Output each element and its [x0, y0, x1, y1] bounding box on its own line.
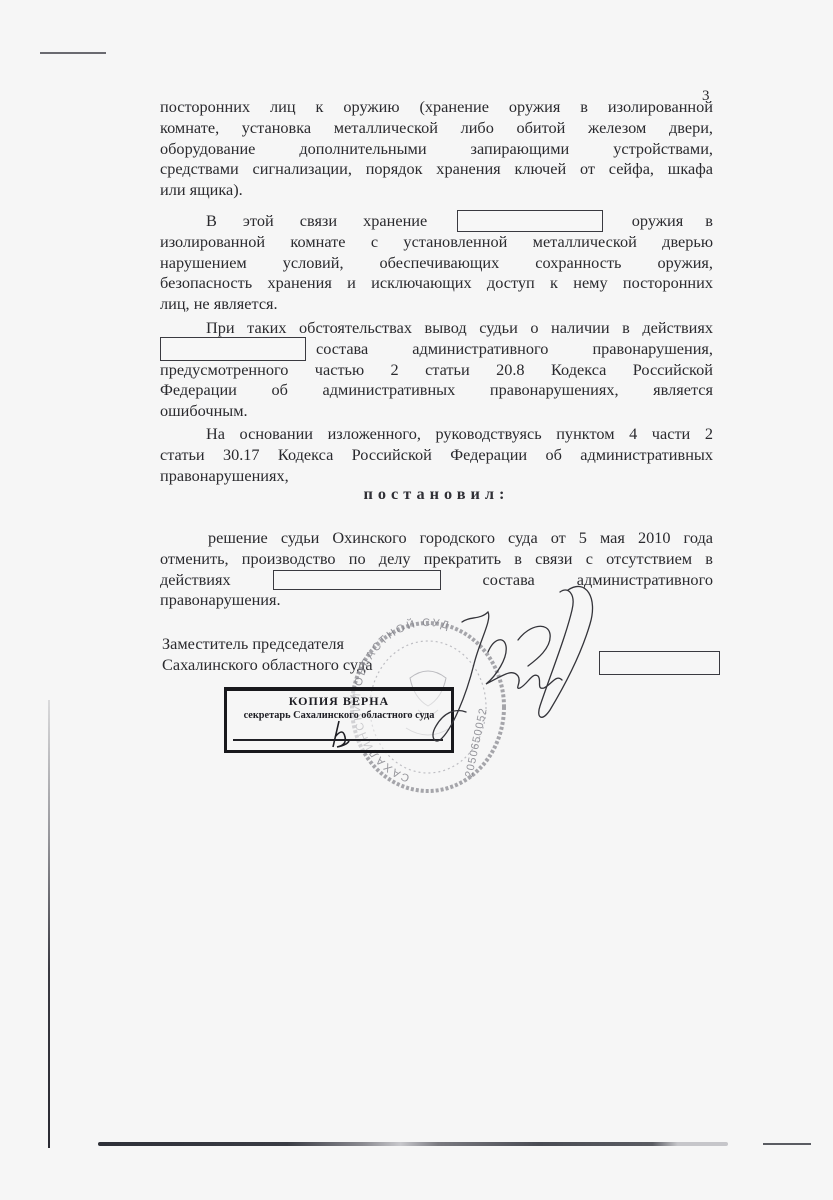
secretary-initials-icon — [327, 717, 353, 751]
text-line: оборудование дополнительными запирающими… — [160, 139, 713, 160]
text-line: отменить, производство по делу прекратит… — [160, 549, 713, 570]
text-line: При таких обстоятельствах вывод судьи о … — [160, 318, 713, 339]
text-line: ошибочным. — [160, 401, 713, 422]
text-line: В этой связи хранение оружия в — [160, 211, 713, 232]
text-line: предусмотренного частью 2 статьи 20.8 Ко… — [160, 360, 713, 381]
text-fragment: В этой связи хранение — [206, 211, 427, 232]
text-fragment: оружия в — [632, 211, 713, 232]
redacted-name-box — [160, 337, 306, 361]
document-page: 3 посторонних лиц к оружию (хранение ору… — [0, 0, 833, 1200]
text-fragment: действиях — [160, 570, 231, 591]
redacted-name-box — [457, 210, 603, 232]
paragraph-2: В этой связи хранение оружия в изолирова… — [160, 211, 713, 315]
text-line: лиц, не является. — [160, 294, 713, 315]
handwritten-signature-icon — [400, 580, 610, 750]
text-line: изолированной комнате с установленной ме… — [160, 232, 713, 253]
signer-position-line: Сахалинского областного суда — [162, 654, 373, 675]
signer-position-line: Заместитель председателя — [162, 633, 373, 654]
paragraph-3: При таких обстоятельствах вывод судьи о … — [160, 318, 713, 422]
text-line: Федерации об административных правонаруш… — [160, 380, 713, 401]
signer-position: Заместитель председателя Сахалинского об… — [162, 633, 373, 675]
paragraph-4: На основании изложенного, руководствуясь… — [160, 424, 713, 486]
text-line: На основании изложенного, руководствуясь… — [160, 424, 713, 445]
text-line: решение судьи Охинского городского суда … — [160, 528, 713, 549]
paragraph-1: посторонних лиц к оружию (хранение оружи… — [160, 97, 713, 201]
scan-edge-mark — [763, 1143, 811, 1145]
redacted-signer-name-box — [599, 651, 720, 675]
text-fragment: состава административного правонарушения… — [316, 339, 713, 360]
text-line: комнате, установка металлической либо об… — [160, 118, 713, 139]
resolution-heading: постановил: — [160, 484, 713, 504]
text-line: статьи 30.17 Кодекса Российской Федераци… — [160, 445, 713, 466]
text-line: средствами сигнализации, порядок хранени… — [160, 159, 713, 180]
scan-edge-mark — [40, 52, 106, 54]
text-line: безопасность хранения и исключающих дост… — [160, 273, 713, 294]
text-line: нарушением условий, обеспечивающих сохра… — [160, 253, 713, 274]
text-line: или ящика). — [160, 180, 713, 201]
text-line: состава административного правонарушения… — [160, 339, 713, 360]
scan-edge-mark — [98, 1142, 728, 1146]
text-line: посторонних лиц к оружию (хранение оружи… — [160, 97, 713, 118]
scan-edge-mark — [48, 700, 50, 1148]
